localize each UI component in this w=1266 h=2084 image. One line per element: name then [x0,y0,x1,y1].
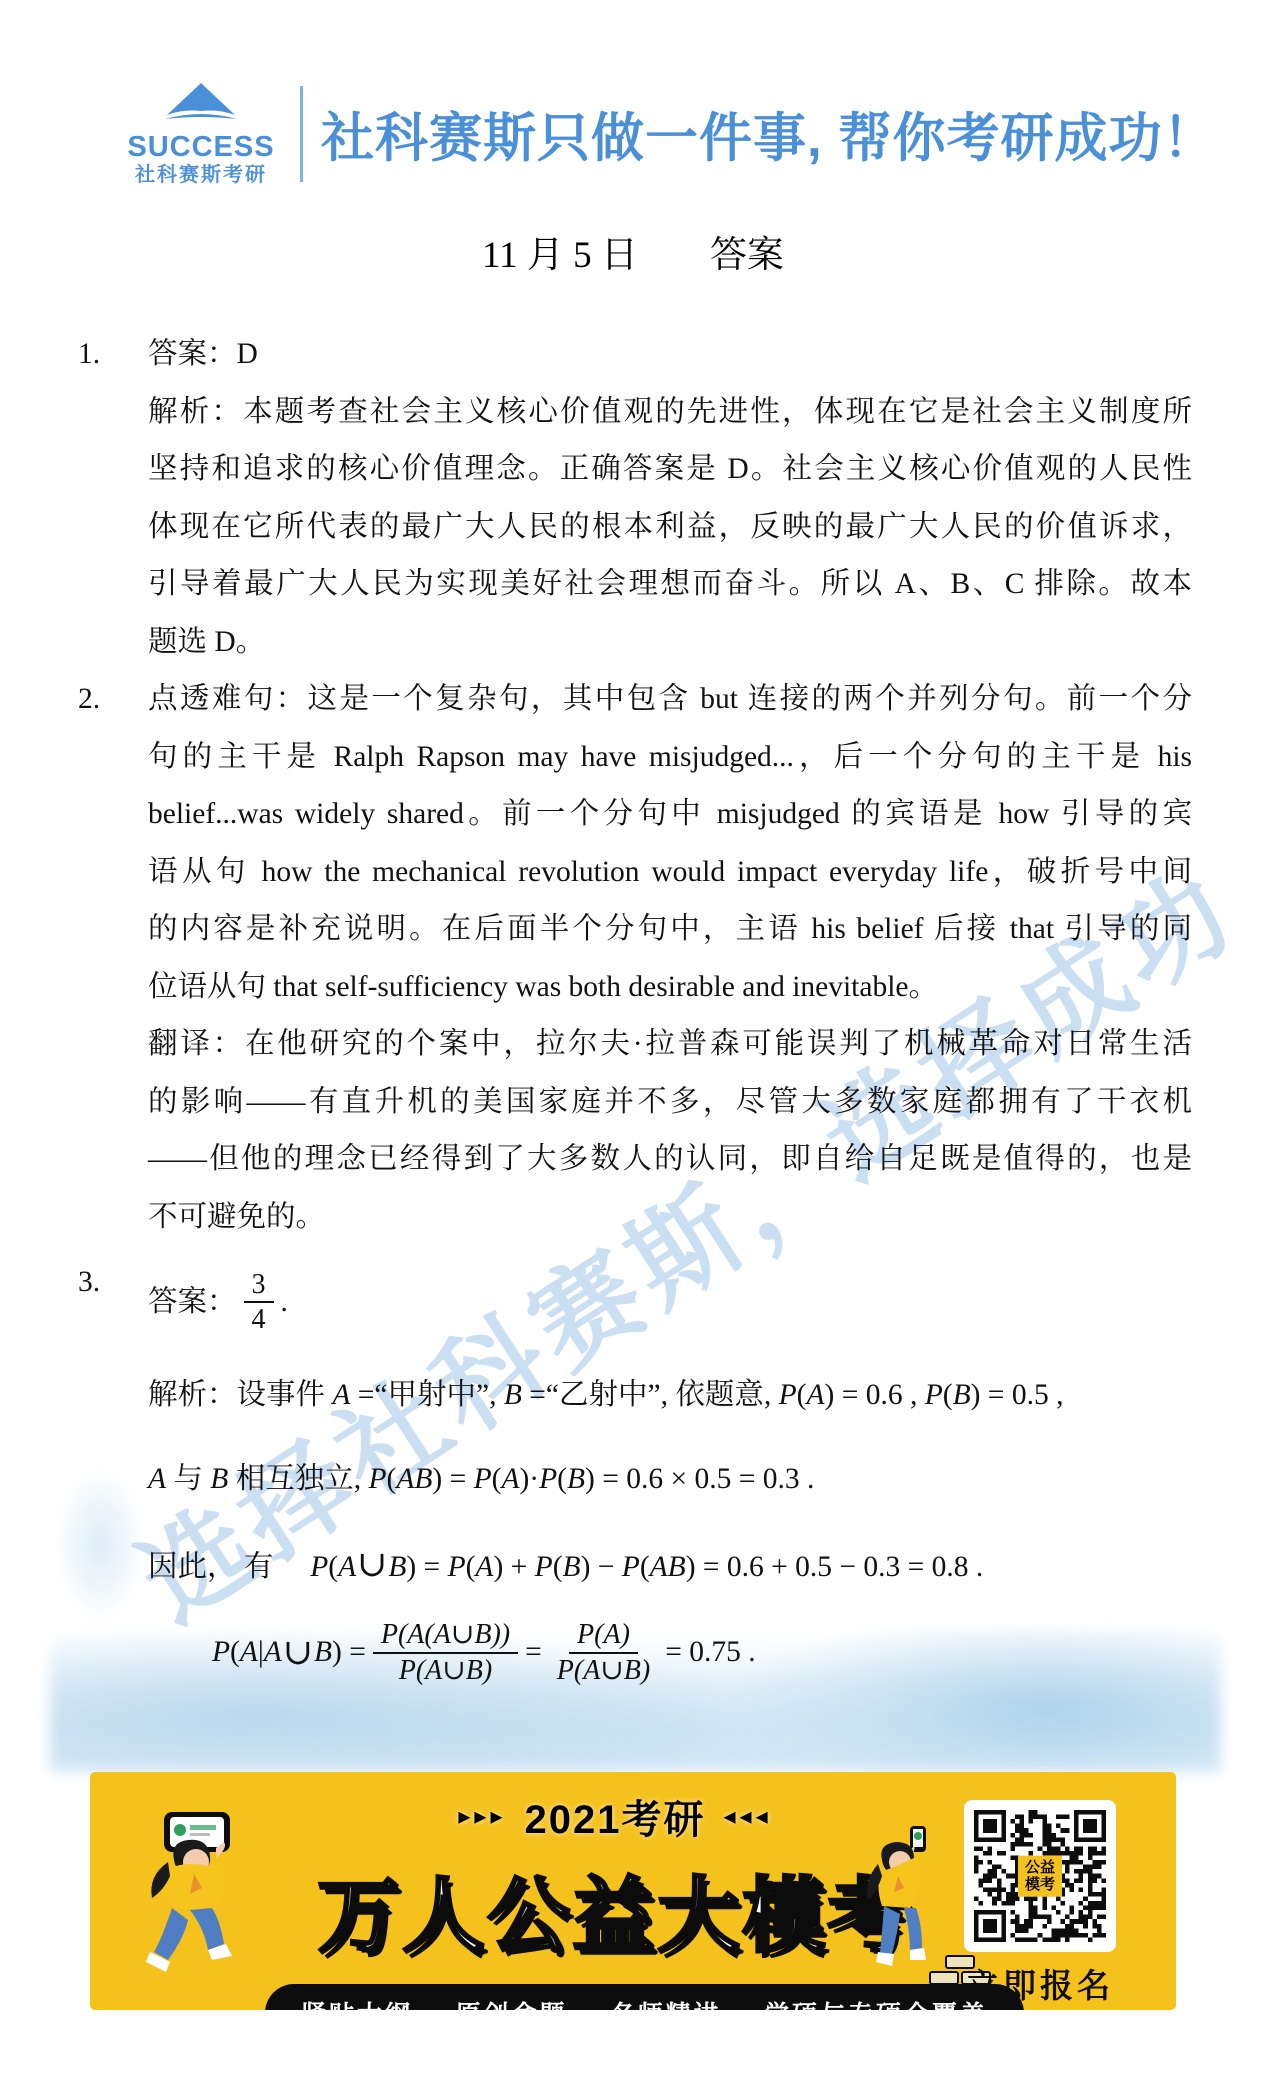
text-row: 句的主干是 Ralph Rapson may have misjudged...… [78,729,1192,787]
text-line: 语从句 how the mechanical revolution would … [148,844,1192,902]
text-row: 解析：本题考查社会主义核心价值观的先进性，体现在它是社会主义制度所 [78,384,1192,442]
text-line: 答案：34. [148,1254,1192,1350]
item-number [78,556,148,614]
item-number [78,1541,148,1588]
header-divider [300,86,303,182]
logo-subtext: 社科赛斯考研 [112,162,290,188]
text-row: 引导着最广大人民为实现美好社会理想而奋斗。所以 A、B、C 排除。故本 [78,556,1192,614]
text-row: 语从句 how the mechanical revolution would … [78,844,1192,902]
promo-banner: ▸▸▸ 2021考研 ◂◂◂ 万人公益大模考 紧贴大纲 · 原创命题 · 名师精… [90,1772,1176,2010]
text-line: P(A | A∪B) = P(A(A∪B))P(A∪B) = P(A)P(A∪B… [148,1619,1192,1686]
text-row: ——但他的理念已经得到了大多数人的认同，即自给自足既是值得的，也是 [78,1131,1192,1189]
item-number [78,729,148,787]
fraction: 34 [244,1269,274,1336]
banner-features: 紧贴大纲 · 原创命题 · 名师精讲 · 学硕与专硕全覆盖 [265,1984,1024,2010]
brand-logo: SUCCESS 社科赛斯考研 [112,81,290,188]
signup-cta: 立即报名 [942,1960,1138,2007]
content-rows: 1.答案：D解析：本题考查社会主义核心价值观的先进性，体现在它是社会主义制度所坚… [78,326,1192,1686]
title-label: 答案 [710,230,784,282]
text-row: 2.点透难句：这是一个复杂句，其中包含 but 连接的两个并列分句。前一个分 [78,671,1192,729]
arrows-left-icon: ◂◂◂ [723,1802,771,1831]
text-line: 解析：本题考查社会主义核心价值观的先进性，体现在它是社会主义制度所 [148,384,1192,442]
item-number [78,901,148,959]
item-number [78,1074,148,1132]
item-number [78,786,148,844]
qr-code: 公益 模考 [964,1800,1116,1952]
item-number [78,1016,148,1074]
arrows-right-icon: ▸▸▸ [458,1802,506,1831]
mountain-logo-icon [159,81,243,125]
document-page: SUCCESS 社科赛斯考研 社科赛斯只做一件事, 帮你考研成功！ 11 月 5… [0,0,1266,2084]
student-illustration-left [112,1802,272,1987]
text-row: 的影响——有直升机的美国家庭并不多，尽管大多数家庭都拥有了干衣机 [78,1074,1192,1132]
text-line: 引导着最广大人民为实现美好社会理想而奋斗。所以 A、B、C 排除。故本 [148,556,1192,614]
item-number [78,959,148,1017]
text-row: 因此， 有 P(A∪B) = P(A) + P(B) − P(AB) = 0.6… [78,1541,1192,1588]
text-row: 1.答案：D [78,326,1192,384]
brand-slogan: 社科赛斯只做一件事, 帮你考研成功！ [321,96,1216,172]
text-line: A 与 B 相互独立, P(AB) = P(A)·P(B) = 0.6 × 0.… [148,1460,1192,1498]
text-line: 因此， 有 P(A∪B) = P(A) + P(B) − P(AB) = 0.6… [148,1541,1192,1588]
text-line: 不可避免的。 [148,1189,1192,1247]
item-number [78,1376,148,1414]
text-line: 的影响——有直升机的美国家庭并不多，尽管大多数家庭都拥有了干衣机 [148,1074,1192,1132]
item-number: 2. [78,671,148,729]
qr-center-label: 公益 模考 [1018,1856,1062,1897]
text-row: 位语从句 that self-sufficiency was both desi… [78,959,1192,1017]
text-line: 翻译：在他研究的个案中，拉尔夫·拉普森可能误判了机械革命对日常生活 [148,1016,1192,1074]
text-line: 的内容是补充说明。在后面半个分句中，主语 his belief 后接 that … [148,901,1192,959]
text-line: ——但他的理念已经得到了大多数人的认同，即自给自足既是值得的，也是 [148,1131,1192,1189]
item-number [78,499,148,557]
logo-text: SUCCESS [112,132,290,162]
text-row: belief...was widely shared。前一个分句中 misjud… [78,786,1192,844]
text-row: 解析：设事件 A =“甲射中”, B =“乙射中”, 依题意, P(A) = 0… [78,1376,1192,1414]
fraction: P(A(A∪B))P(A∪B) [373,1619,518,1686]
text-line: 题选 D。 [148,614,1192,672]
item-number [78,384,148,442]
item-number [78,844,148,902]
text-row: 坚持和追求的核心价值理念。正确答案是 D。社会主义核心价值观的人民性 [78,441,1192,499]
item-number: 1. [78,326,148,384]
page-title: 11 月 5 日 答案 [0,230,1266,282]
text-line: 点透难句：这是一个复杂句，其中包含 but 连接的两个并列分句。前一个分 [148,671,1192,729]
item-number [78,1619,148,1686]
fraction: P(A)P(A∪B) [549,1619,658,1686]
item-number [78,1189,148,1247]
text-row: 不可避免的。 [78,1189,1192,1247]
text-line: 坚持和追求的核心价值理念。正确答案是 D。社会主义核心价值观的人民性 [148,441,1192,499]
item-number [78,614,148,672]
item-number [78,441,148,499]
text-row: A 与 B 相互独立, P(AB) = P(A)·P(B) = 0.6 × 0.… [78,1460,1192,1498]
title-date: 11 月 5 日 [482,230,638,282]
banner-year-label: 2021考研 [525,1788,706,1845]
text-row: 翻译：在他研究的个案中，拉尔夫·拉普森可能误判了机械革命对日常生活 [78,1016,1192,1074]
text-line: 句的主干是 Ralph Rapson may have misjudged...… [148,729,1192,787]
text-row: P(A | A∪B) = P(A(A∪B))P(A∪B) = P(A)P(A∪B… [78,1619,1192,1686]
text-row: 的内容是补充说明。在后面半个分句中，主语 his belief 后接 that … [78,901,1192,959]
item-number: 3. [78,1254,148,1350]
header: SUCCESS 社科赛斯考研 社科赛斯只做一件事, 帮你考研成功！ [112,78,1176,190]
text-row: 题选 D。 [78,614,1192,672]
text-line: 体现在它所代表的最广大人民的根本利益，反映的最广大人民的价值诉求， [148,499,1192,557]
text-line: 位语从句 that self-sufficiency was both desi… [148,959,1192,1017]
text-row: 3.答案：34. [78,1254,1192,1350]
text-line: 解析：设事件 A =“甲射中”, B =“乙射中”, 依题意, P(A) = 0… [148,1376,1192,1414]
item-number [78,1131,148,1189]
item-number [78,1460,148,1498]
text-line: belief...was widely shared。前一个分句中 misjud… [148,786,1192,844]
text-line: 答案：D [148,326,1192,384]
text-row: 体现在它所代表的最广大人民的根本利益，反映的最广大人民的价值诉求， [78,499,1192,557]
